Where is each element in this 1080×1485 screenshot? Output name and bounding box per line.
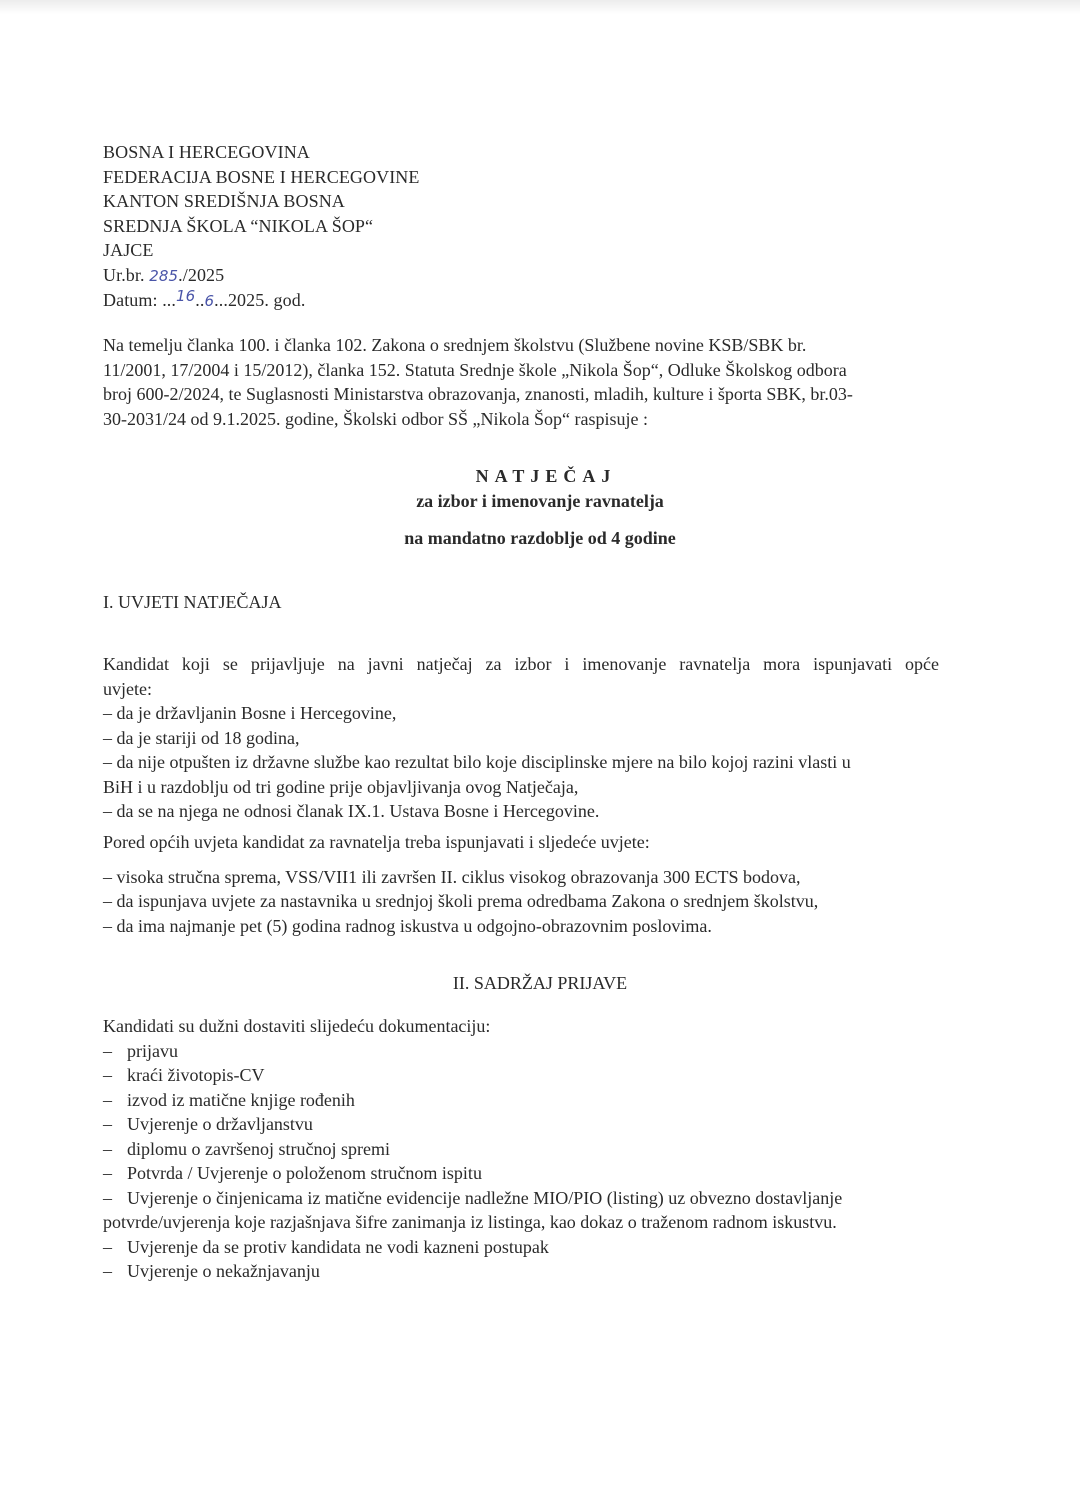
handwritten-reference-number: 285: [149, 267, 178, 285]
paragraph-line: 11/2001, 17/2004 i 15/2012), članka 152.…: [103, 358, 913, 383]
general-conditions: Kandidat koji se prijavljuje na javni na…: [103, 652, 939, 824]
section-heading-text: II. SADRŽAJ PRIJAVE: [453, 973, 627, 993]
letterhead-line: BOSNA I HERCEGOVINA: [103, 140, 420, 165]
document-item: –Uvjerenje o činjenicama iz matične evid…: [103, 1186, 842, 1211]
condition-item: – da je stariji od 18 godina,: [103, 726, 939, 751]
documents-intro: Kandidati su dužni dostaviti slijedeću d…: [103, 1014, 842, 1039]
paragraph-line: broj 600-2/2024, te Suglasnosti Ministar…: [103, 382, 913, 407]
scan-edge-shadow: [0, 0, 1080, 14]
date-suffix: ...2025. god.: [214, 290, 305, 310]
reference-suffix: ./2025: [178, 265, 224, 285]
section-heading-conditions: I. UVJETI NATJEČAJA: [103, 592, 282, 613]
conditions-intro: Kandidat koji se prijavljuje na javni na…: [103, 652, 939, 677]
letterhead-line: JAJCE: [103, 238, 420, 263]
document-item: –Uvjerenje o nekažnjavanju: [103, 1259, 842, 1284]
document-item: –Potvrda / Uvjerenje o položenom stručno…: [103, 1161, 842, 1186]
letterhead-line: SREDNJA ŠKOLA “NIKOLA ŠOP“: [103, 214, 420, 239]
required-documents: Kandidati su dužni dostaviti slijedeću d…: [103, 1014, 842, 1284]
condition-item-cont: BiH i u razdoblju od tri godine prije ob…: [103, 775, 939, 800]
document-item: –diplomu o završenoj stručnoj spremi: [103, 1137, 842, 1162]
document-subtitle-term: na mandatno razdoblje od 4 godine: [0, 528, 1080, 549]
document-subtitle: za izbor i imenovanje ravnatelja: [0, 491, 1080, 512]
additional-intro: Pored općih uvjeta kandidat za ravnatelj…: [103, 830, 818, 855]
condition-item: – da se na njega ne odnosi članak IX.1. …: [103, 799, 939, 824]
document-item: –izvod iz matične knjige rođenih: [103, 1088, 842, 1113]
additional-condition-item: – da ima najmanje pet (5) godina radnog …: [103, 914, 818, 939]
paragraph-line: Na temelju članka 100. i članka 102. Zak…: [103, 333, 913, 358]
date-line: Datum: ...16..6...2025. god.: [103, 288, 420, 314]
handwritten-day: 16: [176, 287, 195, 305]
reference-number: Ur.br. 285./2025: [103, 263, 420, 289]
date-separator: ..: [195, 290, 204, 310]
document-item-cont: potvrde/uvjerenja koje razjašnjava šifre…: [103, 1210, 842, 1235]
letterhead-line: KANTON SREDIŠNJA BOSNA: [103, 189, 420, 214]
additional-condition-item: – da ispunjava uvjete za nastavnika u sr…: [103, 889, 818, 914]
paragraph-line: 30-2031/24 od 9.1.2025. godine, Školski …: [103, 407, 913, 432]
document-page: BOSNA I HERCEGOVINA FEDERACIJA BOSNE I H…: [0, 0, 1080, 1485]
document-item: –prijavu: [103, 1039, 842, 1064]
condition-item: – da je državljanin Bosne i Hercegovine,: [103, 701, 939, 726]
legal-basis-paragraph: Na temelju članka 100. i članka 102. Zak…: [103, 333, 913, 431]
letterhead: BOSNA I HERCEGOVINA FEDERACIJA BOSNE I H…: [103, 140, 420, 314]
additional-conditions: Pored općih uvjeta kandidat za ravnatelj…: [103, 830, 818, 938]
section-heading-application: II. SADRŽAJ PRIJAVE: [0, 973, 1040, 994]
letterhead-line: FEDERACIJA BOSNE I HERCEGOVINE: [103, 165, 420, 190]
additional-condition-item: – visoka stručna sprema, VSS/VII1 ili za…: [103, 865, 818, 890]
handwritten-month: 6: [205, 292, 215, 310]
date-label: Datum: ...: [103, 290, 176, 310]
document-item: –Uvjerenje da se protiv kandidata ne vod…: [103, 1235, 842, 1260]
condition-item: – da nije otpušten iz državne službe kao…: [103, 750, 939, 775]
document-title: NATJEČAJ: [0, 466, 1080, 487]
document-item: –Uvjerenje o državljanstvu: [103, 1112, 842, 1137]
conditions-intro-cont: uvjete:: [103, 677, 939, 702]
document-item: –kraći životopis-CV: [103, 1063, 842, 1088]
reference-label: Ur.br.: [103, 265, 145, 285]
